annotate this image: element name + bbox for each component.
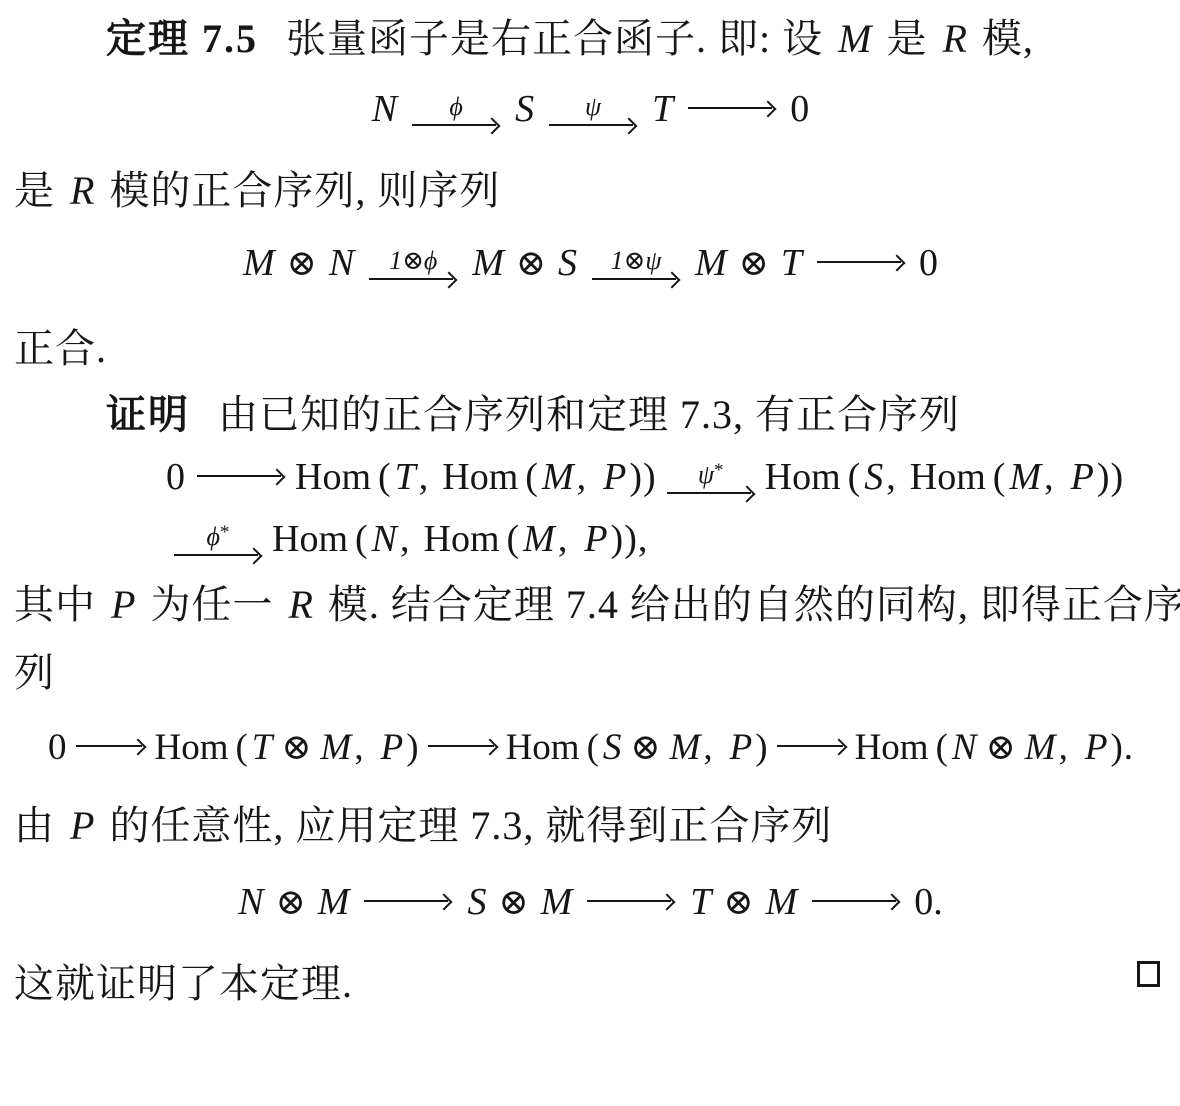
tensor-operator: ⊗	[723, 882, 753, 922]
right-arrow	[777, 740, 847, 753]
math-var: M	[523, 518, 555, 560]
function-name: Hom	[855, 727, 929, 768]
math-punct: ,	[577, 456, 587, 498]
right-arrow	[817, 256, 905, 269]
math-var: T	[395, 456, 416, 498]
function-name: Hom	[442, 456, 518, 498]
math-var: M	[472, 242, 504, 284]
math-paren: (	[525, 456, 539, 498]
math-var: P	[1071, 456, 1094, 498]
arrow-shaft	[428, 740, 498, 753]
math-var: M	[541, 881, 573, 923]
right-arrow	[812, 895, 900, 908]
seq-1: NϕSψT0	[14, 80, 1166, 138]
paragraph-text: 证明由已知的正合序列和定理 7.3, 有正合序列	[106, 392, 960, 437]
math-var: M	[766, 881, 798, 923]
function-name: Hom	[295, 456, 371, 498]
para-4: 由 P 的任意性, 应用定理 7.3, 就得到正合序列	[14, 799, 1166, 853]
right-arrow: ϕ	[412, 95, 500, 132]
math-var: P	[381, 727, 404, 768]
math-paren: ))	[629, 456, 656, 498]
paragraph-text: 由 P 的任意性, 应用定理 7.3, 就得到正合序列	[14, 803, 832, 848]
para-5: 这就证明了本定理.	[14, 957, 1166, 1011]
right-arrow: ψ	[549, 95, 637, 132]
text-run: 其中	[14, 582, 107, 627]
math-punct: ,	[400, 518, 410, 560]
seq-3b: ϕ*Hom(N,Hom(M,P)),	[14, 510, 1166, 568]
arrow-label-superscript: *	[714, 460, 724, 481]
math-var: M	[243, 242, 275, 284]
text-run: 模,	[971, 16, 1034, 61]
qed-box	[1137, 961, 1160, 987]
tensor-operator: ⊗	[498, 882, 528, 922]
right-arrow	[428, 740, 498, 753]
book-page: 定理 7.5张量函子是右正合函子. 即: 设 M 是 R 模,NϕSψT0是 R…	[0, 0, 1180, 1106]
arrow-shaft	[549, 119, 637, 132]
paragraph-text: 定理 7.5张量函子是右正合函子. 即: 设 M 是 R 模,	[106, 16, 1034, 61]
right-arrow: 1⊗ϕ	[369, 249, 457, 286]
math-paren: )),	[611, 518, 649, 560]
arrow-shaft	[667, 487, 755, 500]
text-run: 由已知的正合序列和定理 7.3, 有正合序列	[218, 392, 960, 437]
math-var: T	[781, 242, 802, 284]
math-var: M	[695, 242, 727, 284]
arrow-label: ϕ*	[174, 525, 262, 549]
math-punct: ,	[419, 456, 429, 498]
math-number: 0	[790, 88, 809, 130]
math-paren: (	[993, 456, 1007, 498]
math-paren: )	[406, 727, 419, 768]
arrow-shaft	[817, 256, 905, 269]
text-run: 正合.	[14, 326, 107, 371]
math-var: M	[321, 727, 352, 768]
arrow-label: ϕ	[412, 95, 500, 119]
arrow-shaft	[777, 740, 847, 753]
text-run: 模的正合序列, 则序列	[98, 168, 500, 213]
math-punct: ,	[886, 456, 896, 498]
right-arrow	[76, 740, 146, 753]
math-paren: (	[235, 727, 248, 768]
math-paren: (	[378, 456, 392, 498]
math-punct: ,	[1044, 456, 1054, 498]
math-number: 0	[919, 242, 938, 284]
right-arrow	[197, 470, 285, 483]
arrow-label: 1⊗ψ	[592, 249, 680, 273]
math-var: M	[1025, 727, 1056, 768]
function-name: Hom	[506, 727, 580, 768]
math-var: N	[372, 518, 397, 560]
math-paren: )	[755, 727, 768, 768]
arrow-shaft	[812, 895, 900, 908]
math-paren: (	[587, 727, 600, 768]
right-arrow	[688, 102, 776, 115]
seq-4: 0Hom(T⊗M,P)Hom(S⊗M,P)Hom(N⊗M,P).	[14, 718, 1166, 777]
arrow-shaft	[197, 470, 285, 483]
arrow-label-base: ϕ	[207, 522, 220, 551]
right-arrow: 1⊗ψ	[592, 249, 680, 286]
math-paren: (	[936, 727, 949, 768]
text-run: 这就证明了本定理.	[14, 961, 353, 1006]
inline-math-var: M	[834, 16, 875, 61]
text-run: 列	[14, 650, 55, 695]
arrow-label-base: ψ	[698, 460, 714, 489]
arrow-shaft	[587, 895, 675, 908]
math-paren: ).	[1110, 727, 1134, 768]
paragraph-text: 列	[14, 650, 55, 695]
inline-math-var: R	[938, 16, 970, 61]
math-paren: ))	[1097, 456, 1124, 498]
arrow-label: 1⊗ϕ	[369, 249, 457, 273]
math-var: S	[864, 456, 883, 498]
math-var: P	[603, 456, 626, 498]
math-number: 0.	[914, 881, 943, 923]
math-var: M	[318, 881, 350, 923]
function-name: Hom	[910, 456, 986, 498]
arrow-shaft	[369, 273, 457, 286]
heading-label: 证明	[106, 392, 190, 437]
math-var: P	[584, 518, 607, 560]
seq-5: N⊗MS⊗MT⊗M0.	[14, 873, 1166, 931]
arrow-label-superscript: *	[220, 522, 230, 543]
tensor-operator: ⊗	[281, 727, 311, 767]
tensor-operator: ⊗	[276, 882, 306, 922]
tensor-operator: ⊗	[739, 243, 769, 283]
inline-math-var: R	[66, 168, 98, 213]
arrow-shaft	[174, 549, 262, 562]
seq-3a: 0Hom(T,Hom(M,P))ψ*Hom(S,Hom(M,P))	[14, 448, 1166, 506]
right-arrow	[364, 895, 452, 908]
math-var: N	[329, 242, 354, 284]
inline-math-var: P	[66, 803, 98, 848]
math-var: S	[467, 881, 486, 923]
math-punct: ,	[703, 727, 712, 768]
math-var: T	[252, 727, 273, 768]
math-var: M	[670, 727, 701, 768]
para-3: 其中 P 为任一 R 模. 结合定理 7.4 给出的自然的同构, 即得正合序	[14, 578, 1166, 632]
text-run: 为任一	[139, 582, 284, 627]
math-number: 0	[48, 727, 67, 768]
paragraph-text: 是 R 模的正合序列, 则序列	[14, 168, 500, 213]
tensor-operator: ⊗	[630, 727, 660, 767]
right-arrow: ψ*	[667, 463, 755, 500]
para-3b: 列	[14, 646, 1166, 700]
para-2: 正合.	[14, 322, 1166, 376]
function-name: Hom	[424, 518, 500, 560]
math-number: 0	[166, 456, 185, 498]
right-arrow	[587, 895, 675, 908]
text-run: 的任意性, 应用定理 7.3, 就得到正合序列	[98, 803, 832, 848]
arrow-label: ψ	[549, 95, 637, 119]
math-paren: (	[355, 518, 369, 560]
math-punct: ,	[558, 518, 568, 560]
theorem-heading: 定理 7.5张量函子是右正合函子. 即: 设 M 是 R 模,	[14, 12, 1166, 66]
heading-label: 定理 7.5	[106, 16, 258, 61]
text-run: 张量函子是右正合函子. 即: 设	[286, 16, 834, 61]
arrow-shaft	[688, 102, 776, 115]
text-run: 是	[14, 168, 66, 213]
math-var: P	[1085, 727, 1108, 768]
tensor-operator: ⊗	[287, 243, 317, 283]
math-paren: (	[848, 456, 862, 498]
arrow-shaft	[76, 740, 146, 753]
tensor-operator: ⊗	[986, 727, 1016, 767]
text-run: 模. 结合定理 7.4 给出的自然的同构, 即得正合序	[317, 582, 1180, 627]
math-paren: (	[507, 518, 521, 560]
paragraph-text: 这就证明了本定理.	[14, 957, 353, 1011]
inline-math-var: P	[107, 582, 139, 627]
math-var: M	[1009, 456, 1041, 498]
math-var: N	[238, 881, 263, 923]
math-var: P	[730, 727, 753, 768]
math-punct: ,	[354, 727, 363, 768]
math-var: S	[558, 242, 577, 284]
math-punct: ,	[1059, 727, 1068, 768]
text-run: 是	[875, 16, 938, 61]
para-1: 是 R 模的正合序列, 则序列	[14, 164, 1166, 218]
math-var: S	[515, 88, 534, 130]
tensor-operator: ⊗	[516, 243, 546, 283]
arrow-shaft	[412, 119, 500, 132]
right-arrow: ϕ*	[174, 525, 262, 562]
proof-heading: 证明由已知的正合序列和定理 7.3, 有正合序列	[14, 388, 1166, 442]
inline-math-var: R	[284, 582, 316, 627]
seq-2: M⊗N1⊗ϕM⊗S1⊗ψM⊗T0	[14, 234, 1166, 292]
function-name: Hom	[154, 727, 228, 768]
math-var: N	[952, 727, 977, 768]
paragraph-text: 其中 P 为任一 R 模. 结合定理 7.4 给出的自然的同构, 即得正合序	[14, 582, 1180, 627]
arrow-shaft	[364, 895, 452, 908]
math-var: M	[542, 456, 574, 498]
page-content: 定理 7.5张量函子是右正合函子. 即: 设 M 是 R 模,NϕSψT0是 R…	[14, 12, 1166, 1011]
math-var: T	[652, 88, 673, 130]
arrow-label: ψ*	[667, 463, 755, 487]
function-name: Hom	[765, 456, 841, 498]
math-var: T	[690, 881, 711, 923]
function-name: Hom	[272, 518, 348, 560]
math-var: S	[603, 727, 622, 768]
text-run: 由	[14, 803, 66, 848]
paragraph-text: 正合.	[14, 326, 107, 371]
math-var: N	[372, 88, 397, 130]
arrow-shaft	[592, 273, 680, 286]
